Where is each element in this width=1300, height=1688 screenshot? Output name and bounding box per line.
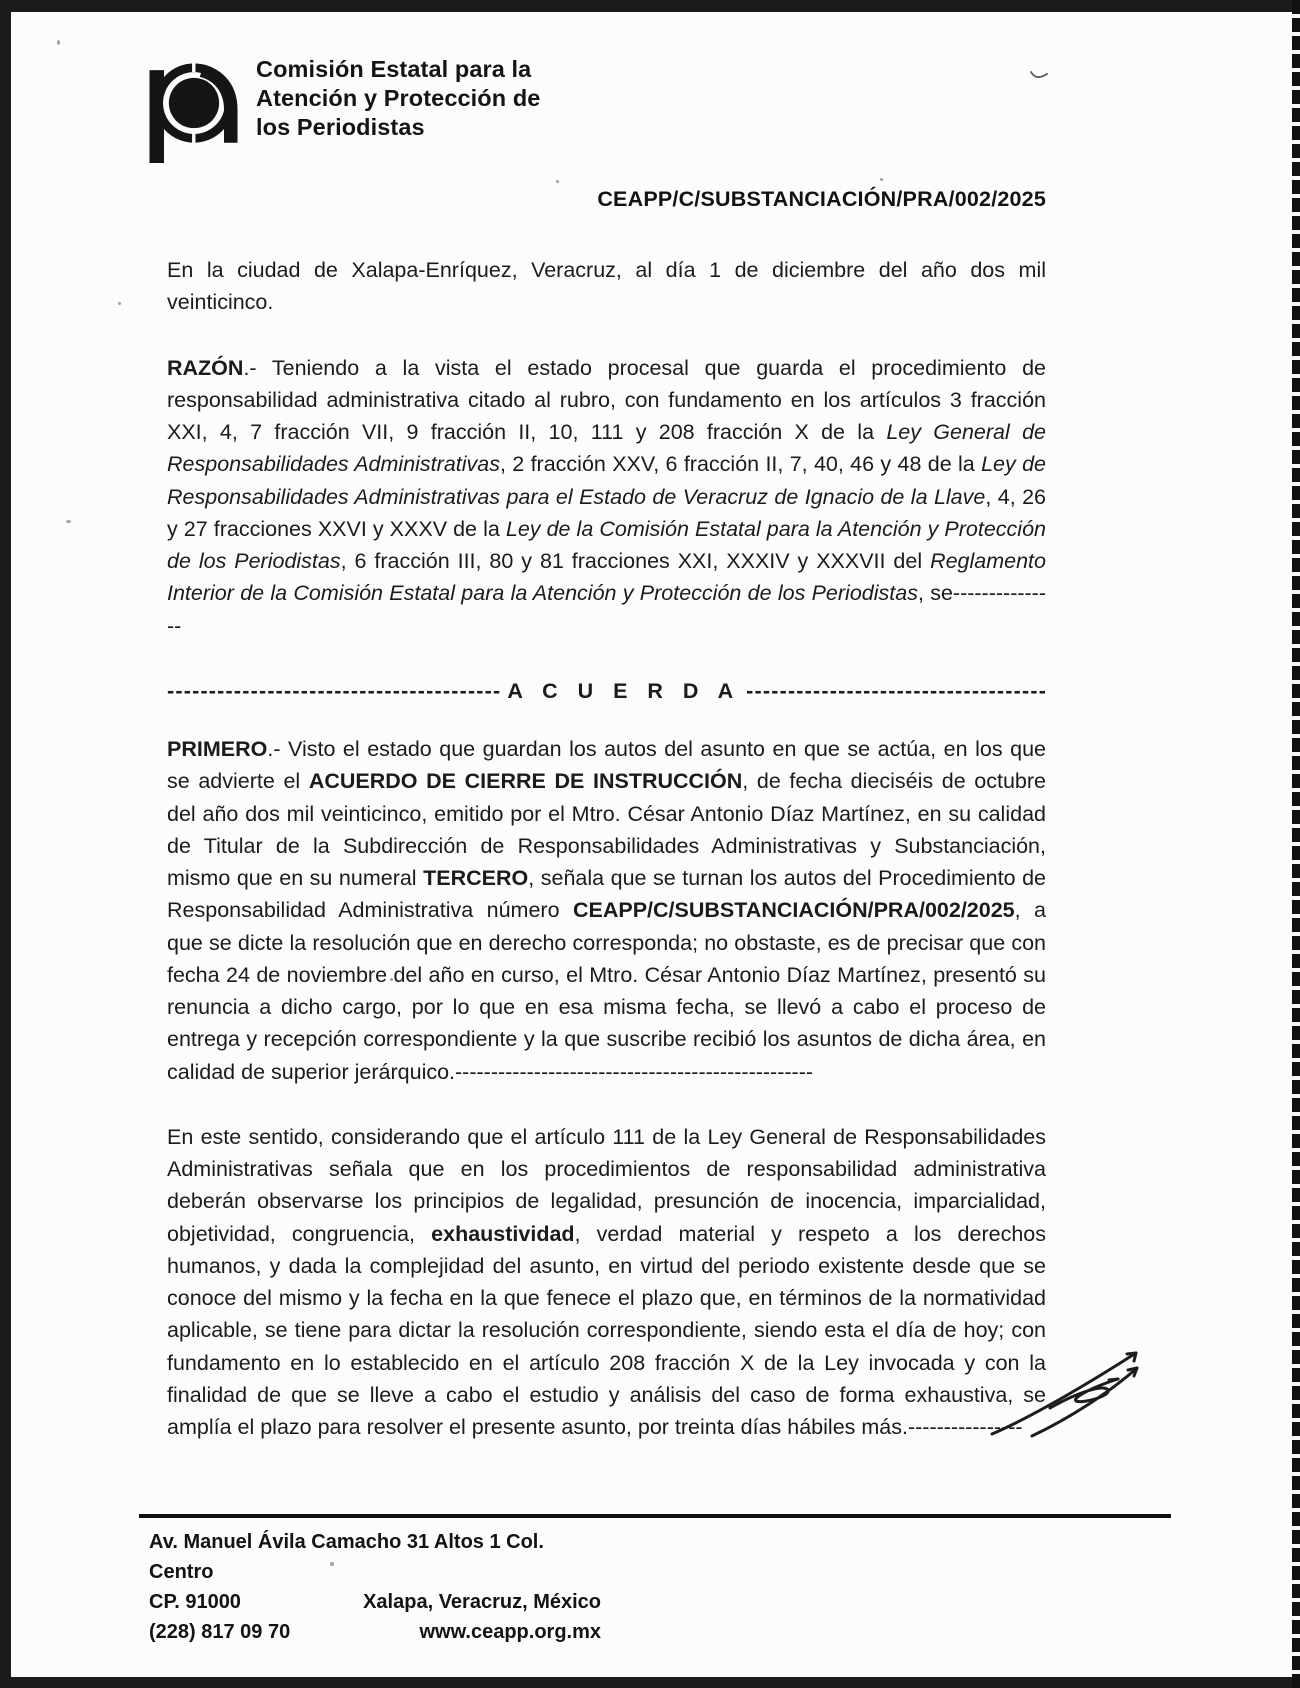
scan-speck <box>915 975 918 978</box>
divider-dashes-left: ---------------------------------------- <box>167 679 501 703</box>
scanned-document: Comisión Estatal para la Atención y Prot… <box>0 0 1300 1688</box>
org-name-line: Comisión Estatal para la <box>256 55 540 84</box>
paragraph-primero: PRIMERO.- Visto el estado que guardan lo… <box>167 733 1046 1088</box>
case-reference-number: CEAPP/C/SUBSTANCIACIÓN/PRA/002/2025 <box>167 187 1046 212</box>
paragraph-city-date: En la ciudad de Xalapa-Enríquez, Veracru… <box>167 254 1046 319</box>
scan-speck <box>556 180 559 183</box>
acuerda-heading: A C U E R D A <box>501 679 746 703</box>
paragraph-en-este-sentido: En este sentido, considerando que el art… <box>167 1121 1046 1444</box>
scan-speck <box>57 40 60 45</box>
footer-address: Av. Manuel Ávila Camacho 31 Altos 1 Col.… <box>149 1527 601 1587</box>
org-name-line: Atención y Protección de <box>256 84 540 113</box>
ceapp-logo-icon <box>147 45 241 163</box>
scan-speck <box>66 520 71 523</box>
scan-speck <box>390 978 393 981</box>
document-page: Comisión Estatal para la Atención y Prot… <box>11 12 1292 1677</box>
acuerda-divider: ----------------------------------------… <box>167 675 1046 707</box>
footer-phone: (228) 817 09 70 <box>149 1617 290 1647</box>
scan-speck <box>118 302 121 305</box>
footer-contact-block: Av. Manuel Ávila Camacho 31 Altos 1 Col.… <box>139 1518 601 1647</box>
footer-website: www.ceapp.org.mx <box>419 1617 601 1647</box>
document-body: En la ciudad de Xalapa-Enríquez, Veracru… <box>167 254 1046 1443</box>
footer-postal-code: CP. 91000 <box>149 1587 241 1617</box>
paragraph-razon: RAZÓN.- Teniendo a la vista el estado pr… <box>167 352 1046 642</box>
handwritten-rubric-signature <box>986 1344 1148 1442</box>
scan-speck <box>185 1296 188 1299</box>
org-name-line: los Periodistas <box>256 113 540 142</box>
footer-city: Xalapa, Veracruz, México <box>363 1587 601 1617</box>
scan-speck <box>330 1562 334 1566</box>
document-header: Comisión Estatal para la Atención y Prot… <box>11 12 1292 163</box>
document-footer: Av. Manuel Ávila Camacho 31 Altos 1 Col.… <box>139 1514 1171 1647</box>
scan-pen-mark <box>1027 68 1051 84</box>
org-name: Comisión Estatal para la Atención y Prot… <box>256 45 540 142</box>
scan-speck <box>880 178 883 181</box>
scan-frame-edge <box>1292 0 1300 1688</box>
divider-dashes-right: ---------------------------------------- <box>746 679 1046 703</box>
